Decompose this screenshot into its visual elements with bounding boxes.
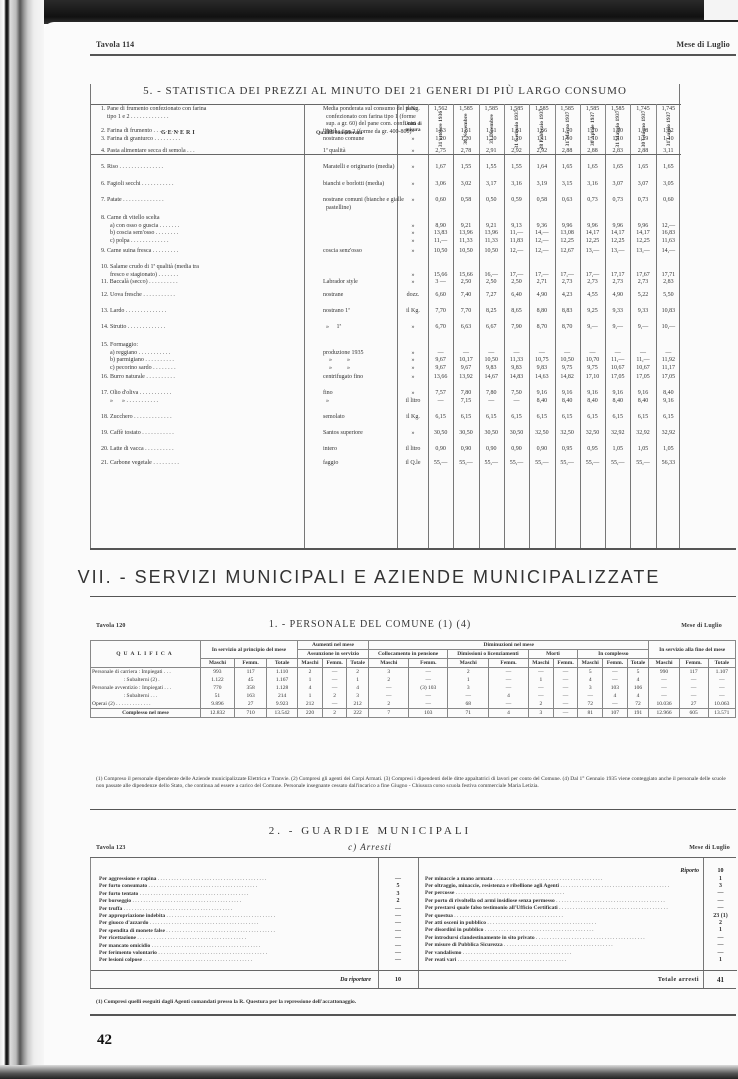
price-cell: — 9,67 9,67 (428, 342, 453, 372)
arrest-count: — (379, 957, 417, 964)
cell: — (323, 700, 347, 709)
price-cell: 0,90 (504, 446, 529, 454)
price-cell: 1,562 (428, 106, 453, 114)
arrest-count: — (379, 935, 417, 942)
unita-cell: » (399, 374, 427, 382)
arrest-count: — (379, 928, 417, 935)
cell: 212 (347, 700, 369, 709)
sub-header: Femm. (679, 659, 708, 668)
personnel-table: QUALIFICA In servizio al principio del m… (90, 640, 736, 718)
price-cell: 30,50 (453, 430, 478, 438)
arrest-count: 5 (379, 883, 417, 890)
col-diminuzioni: Diminuzioni nel mese (369, 641, 649, 650)
price-cell: 9,16 8,40 (580, 390, 605, 405)
price-cell: 9,33 (605, 308, 630, 316)
price-cell: — 10,50 9,83 (479, 342, 504, 372)
price-cell: 32,92 (605, 430, 630, 438)
price-cell: 2,88 (580, 148, 605, 156)
cell: 9.923 (267, 700, 298, 709)
unita-cell: » (399, 248, 427, 256)
da-riportare-label: Da riportare (271, 977, 371, 983)
price-cell: 0,73 (580, 197, 605, 205)
book-edge-top (0, 0, 738, 24)
price-cell: 2,92 (529, 148, 554, 156)
price-cell: 9,13 11,— 11,83 (504, 215, 529, 245)
riporto-label: Riporto (591, 868, 699, 874)
price-cell: — 11,33 9,83 (504, 342, 529, 372)
table-row: Personale di carriera : Impiegati . . .9… (91, 668, 736, 677)
price-cell: 1,585 (453, 106, 478, 114)
arrest-category: Per reati vari . . . . . . . . . . . . .… (425, 957, 700, 964)
arrest-count: 1 (704, 876, 737, 883)
cell: 2 (369, 676, 409, 684)
price-cell: 0,90 (529, 446, 554, 454)
price-cell: 2,78 (453, 148, 478, 156)
cell: — (409, 668, 448, 677)
cell: 5 (578, 668, 603, 677)
price-cell: 0,63 (555, 197, 580, 205)
price-cell: 30,50 (479, 430, 504, 438)
cell: 1 (448, 676, 489, 684)
cell: 2 (347, 668, 369, 677)
arrest-count: 1 (704, 957, 737, 964)
price-cell: 2,92 (504, 148, 529, 156)
price-cell: 13,66 (428, 374, 453, 382)
arrest-category: Per oltraggio, minaccie, resistenza e ri… (425, 883, 700, 890)
price-cell: 8,83 (555, 308, 580, 316)
total-cell: — (553, 709, 577, 718)
riporto-value: 10 (704, 868, 737, 874)
da-riportare-value: 10 (379, 977, 417, 983)
cell: 45 (234, 676, 267, 684)
cell: — (553, 692, 577, 700)
price-cell: 5,50 (656, 292, 681, 300)
price-cell: 55,— (453, 460, 478, 468)
cell: 27 (234, 700, 267, 709)
unita-cell: » (399, 164, 427, 172)
price-cell: 9,16 8,40 (605, 390, 630, 405)
price-cell: 56,33 (656, 460, 681, 468)
price-cell: 9,— (605, 324, 630, 332)
section-title: VII. - SERVIZI MUNICIPALI E AZIENDE MUNI… (0, 567, 738, 588)
price-cell: 8,40 9,16 (656, 390, 681, 405)
price-cell: — 10,17 9,67 (453, 342, 478, 372)
cell: 4 (603, 692, 627, 700)
arrest-count: — (704, 935, 737, 942)
price-cell: 30,50 (504, 430, 529, 438)
price-cell: 32,92 (656, 430, 681, 438)
month-label: Mese di Luglio (681, 623, 722, 629)
price-cell: 5,22 (630, 292, 655, 300)
cell: 1 (528, 676, 553, 684)
price-cell: 9,96 14,17 12,25 (580, 215, 605, 245)
cell: 1.167 (267, 676, 298, 684)
book-spine (0, 0, 44, 1079)
price-cell: 3,05 (656, 181, 681, 189)
price-cell: 9,— (580, 324, 605, 332)
price-cell: 6,15 (580, 414, 605, 422)
arrest-category: Per appropriazione indebita . . . . . . … (99, 913, 374, 920)
cell: — (603, 700, 627, 709)
sub-header: Totale (627, 659, 649, 668)
price-cell: 0,95 (555, 446, 580, 454)
price-cell: 1,66 1,11 (529, 128, 554, 143)
cell: 4 (578, 676, 603, 684)
sub-header: Femm. (234, 659, 267, 668)
arrest-count: — (704, 942, 737, 949)
genere-cell: 12. Uova fresche . . . . . . . . . . . (101, 292, 316, 300)
cell: 1 (347, 676, 369, 684)
arrests-footnote: (1) Compresi quelli eseguiti dagli Agent… (96, 999, 696, 1006)
table-row: Operai (2) . . . . . . . . . . . . .9.89… (91, 700, 736, 709)
price-cell: 55,— (428, 460, 453, 468)
price-cell: — 11,— 10,67 (605, 342, 630, 372)
price-cell: 1,585 (529, 106, 554, 114)
sub-header: Totale (267, 659, 298, 668)
cell: 103 (603, 684, 627, 692)
price-cell: 1,745 (630, 106, 655, 114)
price-cell: 12,67 (555, 248, 580, 256)
price-cell: 55,— (504, 460, 529, 468)
cell: (3) 103 (409, 684, 448, 692)
cell: 10.036 (649, 700, 679, 709)
price-cell: 1,65 (555, 164, 580, 172)
arrest-category: Per ferimento volontario . . . . . . . .… (99, 950, 374, 957)
arrests-subtitle: c) Arresti (220, 842, 520, 852)
unita-cell: » » » (399, 342, 427, 372)
price-cell: 1,65 (580, 164, 605, 172)
cell: 5 (627, 668, 649, 677)
cell: — (553, 700, 577, 709)
cell: 68 (448, 700, 489, 709)
price-cell: 6,15 (479, 414, 504, 422)
cell: 1.110 (267, 668, 298, 677)
rule (90, 1014, 736, 1016)
arrest-count: 1 (704, 927, 737, 934)
unita-cell: il Kg. (399, 308, 427, 316)
cell: — (409, 676, 448, 684)
cell: — (409, 692, 448, 700)
month-label: Mese di Luglio (689, 845, 730, 851)
price-cell: 4,90 (529, 292, 554, 300)
sub-header: Femm. (409, 659, 448, 668)
col-principio: In servizio al principio del mese (201, 641, 298, 659)
price-cell: 1,78 1,19 (630, 128, 655, 143)
price-cell: 0,90 (453, 446, 478, 454)
arrest-category: Per disordini in pubblico . . . . . . . … (425, 927, 700, 934)
price-cell: 10,50 (479, 248, 504, 256)
price-cell: — 11,92 11,17 (656, 342, 681, 372)
arrest-count: — (379, 950, 417, 957)
price-cell: 1,55 (479, 164, 504, 172)
price-cell: 3,17 (479, 181, 504, 189)
cell: 51 (201, 692, 235, 700)
unita-cell: » (399, 324, 427, 332)
cell: — (649, 692, 679, 700)
cell: — (489, 668, 529, 677)
price-cell: 17,71 2,83 (656, 264, 681, 287)
price-cell: 55,— (529, 460, 554, 468)
price-cell: 55,— (630, 460, 655, 468)
price-cell: 10,50 (428, 248, 453, 256)
price-cell: 7,70 (453, 308, 478, 316)
unita-cell: » (399, 197, 427, 205)
price-cell: 3,11 (656, 148, 681, 156)
genere-cell: 6. Fagioli secchi . . . . . . . . . . . (101, 181, 316, 189)
arrest-category: Per prestarsi quale falso testimonio all… (425, 905, 700, 912)
cell: 214 (267, 692, 298, 700)
cell: — (708, 676, 735, 684)
price-cell: 17,— 2,73 (580, 264, 605, 287)
arrest-category: Per percosse . . . . . . . . . . . . . .… (425, 890, 700, 897)
arrest-category: Per spendita di monete false . . . . . .… (99, 928, 374, 935)
price-cell: 55,— (479, 460, 504, 468)
col-morti: Morti (528, 650, 577, 659)
arrests-table: Per aggressione e rapina . . . . . . . .… (90, 858, 736, 988)
price-cell: 7,80 7,15 (453, 390, 478, 405)
price-cell: 6,15 (656, 414, 681, 422)
arrest-count: 2 (704, 920, 737, 927)
cell: 3 (448, 684, 489, 692)
cell: 106 (627, 684, 649, 692)
price-cell: 6,15 (428, 414, 453, 422)
price-cell: 1,05 (605, 446, 630, 454)
price-cell: 2,83 (605, 148, 630, 156)
cell: 2 (323, 692, 347, 700)
price-cell: 1,585 (479, 106, 504, 114)
price-cell: — 10,75 9,83 (529, 342, 554, 372)
price-cell: 9,16 8,40 (529, 390, 554, 405)
price-cell: 15,66 2,50 (453, 264, 478, 287)
price-cell: 4,55 (580, 292, 605, 300)
total-cell: 81 (578, 709, 603, 718)
genere-cell: 16. Burro naturale . . . . . . . . . . (101, 374, 316, 382)
price-cell: 6,63 (453, 324, 478, 332)
arrest-category: Per lesioni colpose . . . . . . . . . . … (99, 957, 374, 964)
price-cell: 12,— 16,83 11,63 (656, 215, 681, 245)
total-cell: 222 (347, 709, 369, 718)
cell: — (323, 668, 347, 677)
cell: 1.107 (708, 668, 735, 677)
price-cell: 10,50 (453, 248, 478, 256)
cell: — (708, 684, 735, 692)
cell: 770 (201, 684, 235, 692)
price-cell: 3,06 (428, 181, 453, 189)
genere-cell: 10. Salame crudo di 1ª qualità (media tr… (101, 264, 316, 287)
price-cell: 6,15 (453, 414, 478, 422)
unita-cell: il Q.le (399, 460, 427, 468)
col-assunzione: Assunzione in servizio (297, 650, 368, 659)
price-cell: 8,25 (479, 308, 504, 316)
price-cell: 12,— (529, 248, 554, 256)
price-cell: 7,27 (479, 292, 504, 300)
total-cell: 605 (679, 709, 708, 718)
price-cell: 55,— (555, 460, 580, 468)
total-cell: 71 (448, 709, 489, 718)
sub-header: Maschi (201, 659, 235, 668)
price-cell: 9,— (630, 324, 655, 332)
price-cell: 1,585 (605, 106, 630, 114)
row-label: : Subalterni (2) . (91, 676, 201, 684)
price-cell: 8,80 (529, 308, 554, 316)
price-cell: — 10,50 9,75 (555, 342, 580, 372)
sub-header: Totale (347, 659, 369, 668)
unita-cell: » » » (399, 215, 427, 245)
cell: — (649, 676, 679, 684)
table-row: : Subalterni . . .51163214123———4———44——… (91, 692, 736, 700)
price-cell: 1,70 1,10 (580, 128, 605, 143)
price-cell: 1,05 (656, 446, 681, 454)
arrest-count: 3 (704, 883, 737, 890)
unita-cell: » » (399, 264, 427, 287)
total-cell: 12.832 (201, 709, 235, 718)
cell: 3 (369, 668, 409, 677)
price-cell: — 11,— 10,67 (630, 342, 655, 372)
genere-cell: 5. Riso . . . . . . . . . . . . . . . (101, 164, 316, 172)
arrest-category: Per minaccie a mano armata . . . . . . .… (425, 876, 700, 883)
arrest-count: — (379, 876, 417, 883)
tavola-label-123: Tavola 123 (96, 845, 126, 851)
cell: 3 (578, 684, 603, 692)
price-cell: 1,585 (580, 106, 605, 114)
price-cell: 1,70 1,10 (605, 128, 630, 143)
unita-cell: » (399, 181, 427, 189)
price-cell: 9,16 8,40 (555, 390, 580, 405)
price-cell: 6,15 (529, 414, 554, 422)
price-cell: 9,25 (580, 308, 605, 316)
rule (90, 548, 736, 550)
price-cell: 13,— (630, 248, 655, 256)
price-cell: 7,57 — (428, 390, 453, 405)
cell: 990 (649, 668, 679, 677)
price-cell: 0,50 (479, 197, 504, 205)
arrest-category: Per vandalismo . . . . . . . . . . . . .… (425, 950, 700, 957)
genere-cell: 1. Pane di frumento confezionato con far… (101, 106, 316, 121)
cell: 72 (627, 700, 649, 709)
cell: — (528, 684, 553, 692)
rule (90, 809, 736, 810)
arrest-count: — (379, 920, 417, 927)
price-cell: 1,70 1,10 (555, 128, 580, 143)
total-cell: 710 (234, 709, 267, 718)
price-cell: 1,55 (504, 164, 529, 172)
cell: 993 (201, 668, 235, 677)
arrest-count: — (704, 890, 737, 897)
arrest-count: — (379, 913, 417, 920)
arrest-category: Per mancato omicidio . . . . . . . . . .… (99, 943, 374, 950)
row-label: Personale avventizio : Impiegati . . . (91, 684, 201, 692)
cell: 4 (627, 692, 649, 700)
arrest-category: Per truffa . . . . . . . . . . . . . . .… (99, 906, 374, 913)
price-cell: 1,585 (504, 106, 529, 114)
arrest-count: — (704, 898, 737, 905)
arrest-category: Per furto consumato . . . . . . . . . . … (99, 883, 374, 890)
price-cell: 3,16 (504, 181, 529, 189)
price-cell: 14,82 (555, 374, 580, 382)
genere-cell: 18. Zucchero . . . . . . . . . . . . . (101, 414, 316, 422)
arrest-category: Per questua . . . . . . . . . . . . . . … (425, 913, 700, 920)
price-cell: 30,50 (428, 430, 453, 438)
price-cell: 9,21 13,96 11,33 (453, 215, 478, 245)
price-cell: 1,67 (428, 164, 453, 172)
price-cell: 55,— (605, 460, 630, 468)
rule (90, 596, 736, 597)
cell: 3 (347, 692, 369, 700)
price-cell: 16,— 2,50 (479, 264, 504, 287)
cell: — (528, 692, 553, 700)
price-cell: 3,16 (580, 181, 605, 189)
price-cell: 13,— (605, 248, 630, 256)
price-cell: 6,67 (479, 324, 504, 332)
price-cell: 10,— (656, 324, 681, 332)
arrest-count: 3 (379, 891, 417, 898)
arrest-count: — (704, 950, 737, 957)
cell: 9.896 (201, 700, 235, 709)
price-cell: 17,— 2,50 (504, 264, 529, 287)
price-cell: 6,15 (504, 414, 529, 422)
price-cell: 2,75 (428, 148, 453, 156)
price-cell: 4,90 (605, 292, 630, 300)
total-cell: 107 (603, 709, 627, 718)
price-cell: 0,59 (504, 197, 529, 205)
price-cell: 0,73 (605, 197, 630, 205)
price-cell: 9,96 14,17 12,25 (630, 215, 655, 245)
unita-cell: il Kg. (399, 414, 427, 422)
total-cell: 13.571 (708, 709, 735, 718)
genere-cell: 4. Pasta alimentare secca di semola . . … (101, 148, 316, 156)
arrest-category: Per borseggio . . . . . . . . . . . . . … (99, 898, 374, 905)
cell: 1.128 (267, 684, 298, 692)
unita-cell: il litro (399, 446, 427, 454)
sub-header: Totale (708, 659, 735, 668)
genere-cell: 13. Lardo . . . . . . . . . . . . . . (101, 308, 316, 316)
arrest-category: Per misure di Pubblica Sicurezza . . . .… (425, 942, 700, 949)
cell: 117 (679, 668, 708, 677)
total-row: Complesso nel mese12.83271013.5422202222… (91, 709, 736, 718)
cell: 117 (234, 668, 267, 677)
cell: 2 (369, 700, 409, 709)
price-cell: 7,90 (504, 324, 529, 332)
cell: — (603, 676, 627, 684)
total-label: Complesso nel mese (91, 709, 201, 718)
row-label: Personale di carriera : Impiegati . . . (91, 668, 201, 677)
price-cell: 14,— (656, 248, 681, 256)
sub-header: Femm. (489, 659, 529, 668)
cell: 4 (489, 692, 529, 700)
genere-cell: 14. Strutto . . . . . . . . . . . . . (101, 324, 316, 332)
cell: — (369, 692, 409, 700)
price-cell: 1,65 (630, 164, 655, 172)
cell: 2 (448, 668, 489, 677)
arrest-category: Per atti osceni in pubblico . . . . . . … (425, 920, 700, 927)
price-cell: 17,— 2,73 (555, 264, 580, 287)
arrest-count: — (379, 943, 417, 950)
price-cell: 17,05 (630, 374, 655, 382)
price-cell: 1,64 (529, 164, 554, 172)
price-cell: — 10,70 9,75 (580, 342, 605, 372)
cell: — (603, 668, 627, 677)
arrest-category: Per porto di rivoltella od armi insidios… (425, 898, 700, 905)
cell: — (323, 684, 347, 692)
cell: 10.063 (708, 700, 735, 709)
cell: — (489, 684, 529, 692)
price-cell: 1,745 (656, 106, 681, 114)
price-cell: 0,90 (479, 446, 504, 454)
price-cell: 6,60 (428, 292, 453, 300)
unita-cell: il Kg. (399, 106, 427, 114)
price-cell: 1,61 1,20 (479, 128, 504, 143)
cell: — (528, 668, 553, 677)
